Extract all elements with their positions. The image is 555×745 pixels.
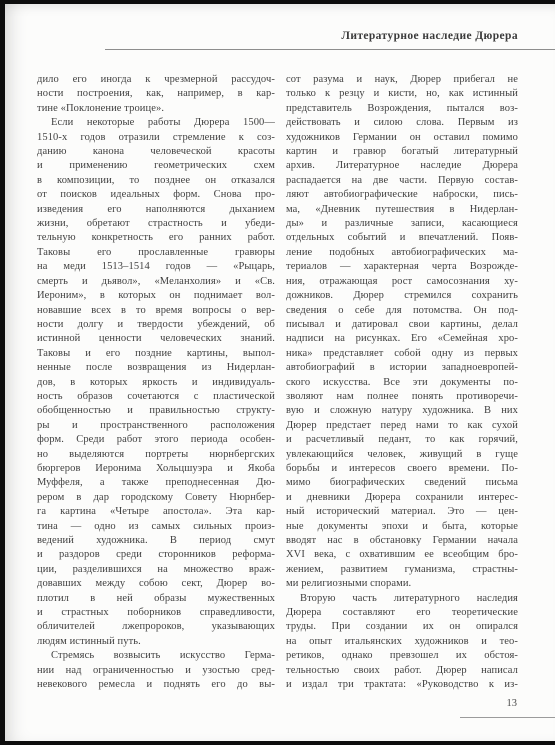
text-line: увлекающийся человек, живущий в гуще bbox=[286, 448, 518, 462]
book-page: Литературное наследие Дюрера дило его ин… bbox=[0, 0, 555, 745]
text-line: ляют автобиографические наброски, пись- bbox=[286, 188, 518, 202]
page-number: 13 bbox=[507, 698, 518, 709]
text-line: представитель Возрождения, пытался воз- bbox=[286, 102, 518, 116]
text-line: нии над ограниченностью и узостью сред- bbox=[37, 664, 275, 678]
text-line: Дюрера составляют его теоретические bbox=[286, 606, 518, 620]
text-line: ности построения, как, например, в кар- bbox=[37, 87, 275, 101]
text-line: жением, развитием гуманизма, страстны- bbox=[286, 563, 518, 577]
text-line: автобиографий в истории западноевропей- bbox=[286, 361, 518, 375]
text-line: ретиков, однако превзошел их обстоя- bbox=[286, 649, 518, 663]
text-line: Дюрер предстает перед нами то как сухой bbox=[286, 419, 518, 433]
text-line: архив. Литературное наследие Дюрера bbox=[286, 159, 518, 173]
text-line: дило его иногда к чрезмерной рассудоч- bbox=[37, 73, 275, 87]
text-line: на меди 1513–1514 годов — «Рыцарь, bbox=[37, 260, 275, 274]
text-line: писывал и датировал свои картины, делал bbox=[286, 318, 518, 332]
text-line: ные документы эпохи и быта, которые bbox=[286, 520, 518, 534]
text-line: Таковы и его поздние картины, выпол- bbox=[37, 347, 275, 361]
text-line: Вторую часть литературного наследия bbox=[286, 592, 518, 606]
text-line: жизни, обретают страстность и убеди- bbox=[37, 217, 275, 231]
text-line: ника» представляет собой одну из первых bbox=[286, 347, 518, 361]
text-line: зволяют нам полнее понять противоречи- bbox=[286, 390, 518, 404]
text-line: Стремясь возвысить искусство Герма- bbox=[37, 649, 275, 663]
text-line: ность образов сочетаются с пластической bbox=[37, 390, 275, 404]
text-line: и расчетливый педант, то как горячий, bbox=[286, 433, 518, 447]
text-line: Если некоторые работы Дюрера 1500— bbox=[37, 116, 275, 130]
text-line: Иероним», в которых он поднимает вол- bbox=[37, 289, 275, 303]
text-line: надписи на рисунках. Его «Семейная хро- bbox=[286, 332, 518, 346]
text-line: новавшие всех в то время вопросы о вер- bbox=[37, 304, 275, 318]
text-line: ния, отражающая рост самосознания ху- bbox=[286, 275, 518, 289]
text-line: труды. При создании их он опирался bbox=[286, 620, 518, 634]
text-line: отдельных событий и впечатлений. Появ- bbox=[286, 231, 518, 245]
text-line: тельную конкретность его ранних работ. bbox=[37, 231, 275, 245]
text-line: только к резцу и кисти, но, как истинный bbox=[286, 87, 518, 101]
text-line: форм. Среди работ этого периода особен- bbox=[37, 433, 275, 447]
text-line: вую и сложную натуру художника. В них bbox=[286, 404, 518, 418]
text-line: га картина «Четыре апостола». Эта кар- bbox=[37, 505, 275, 519]
text-line: обличителей лжепророков, указывающих bbox=[37, 620, 275, 634]
text-line: тине «Поклонение троице». bbox=[37, 102, 275, 116]
text-line: Муффеля, а также преподнесенная Дю- bbox=[37, 476, 275, 490]
text-line: мимо биографических сведений письма bbox=[286, 476, 518, 490]
text-line: довавших между собою сект, Дюрер во- bbox=[37, 577, 275, 591]
text-line: вводят нас в обстановку Германии начала bbox=[286, 534, 518, 548]
text-line: ции, разделившихся на множество враж- bbox=[37, 563, 275, 577]
text-line: бюргеров Иеронима Хольцшуэра и Якоба bbox=[37, 462, 275, 476]
text-line: невекового ремесла и поднять его до вы- bbox=[37, 678, 275, 692]
text-line: ненные после возвращения из Нидерлан- bbox=[37, 361, 275, 375]
text-line: смерть и дьявол», «Меланхолия» и «Св. bbox=[37, 275, 275, 289]
text-line: борьбы и интересов своего времени. По- bbox=[286, 462, 518, 476]
text-line: людям истинный путь. bbox=[37, 635, 275, 649]
text-line: 1510-х годов отразили стремление к соз- bbox=[37, 131, 275, 145]
text-line: ды» и различные записи, касающиеся bbox=[286, 217, 518, 231]
text-line: но выделяются портреты нюрнбергских bbox=[37, 448, 275, 462]
text-line: ми религиозными спорами. bbox=[286, 577, 518, 591]
text-line: художников Германии он оставил помимо bbox=[286, 131, 518, 145]
text-line: распадается на две части. Первую состав- bbox=[286, 174, 518, 188]
text-line: ведений художника. В период смут bbox=[37, 534, 275, 548]
text-line: истинной ценности человеческих знаний. bbox=[37, 332, 275, 346]
text-line: ского искусства. Все эти документы по- bbox=[286, 376, 518, 390]
text-line: ление подобных автобиографических ма- bbox=[286, 246, 518, 260]
text-line: картин и гравюр богатый литературный bbox=[286, 145, 518, 159]
footer-rule bbox=[460, 717, 555, 718]
text-line: XVI века, с охватившим ее всеобщим бро- bbox=[286, 548, 518, 562]
header-rule bbox=[105, 49, 555, 50]
text-line: от поисков идеальных форм. Снова про- bbox=[37, 188, 275, 202]
text-line: плотил в ней образы мужественных bbox=[37, 592, 275, 606]
text-line: сведения о себе для потомства. Он под- bbox=[286, 304, 518, 318]
text-line: ры и пространственного расположения bbox=[37, 419, 275, 433]
text-line: териалов — характерная черта Возрожде- bbox=[286, 260, 518, 274]
text-line: данию канона человеческой красоты bbox=[37, 145, 275, 159]
text-line: на опыт итальянских художников и тео- bbox=[286, 635, 518, 649]
text-line: Таковы его прославленные гравюры bbox=[37, 246, 275, 260]
text-line: ма, «Дневник путешествия в Нидерлан- bbox=[286, 203, 518, 217]
text-line: обобщенностью и правильностью структу- bbox=[37, 404, 275, 418]
text-line: рером в дар городскому Совету Нюрнбер- bbox=[37, 491, 275, 505]
text-line: тельностью своих работ. Дюрер написал bbox=[286, 664, 518, 678]
text-column-left: дило его иногда к чрезмерной рассудоч-но… bbox=[37, 73, 275, 692]
text-line: изведения его наполняются дыханием bbox=[37, 203, 275, 217]
text-line: дов, в которых яркость и индивидуаль- bbox=[37, 376, 275, 390]
text-line: и раздоров среди сторонников реформа- bbox=[37, 548, 275, 562]
running-header-title: Литературное наследие Дюрера bbox=[341, 30, 518, 42]
text-line: и применению геометрических схем bbox=[37, 159, 275, 173]
text-column-right: сот разума и наук, Дюрер прибегал нетоль… bbox=[286, 73, 518, 692]
text-line: ности долгу и твердости убеждений, об bbox=[37, 318, 275, 332]
text-line: сот разума и наук, Дюрер прибегал не bbox=[286, 73, 518, 87]
text-line: и дневники Дюрера сохранили интерес- bbox=[286, 491, 518, 505]
text-line: и страстных поборников справедливости, bbox=[37, 606, 275, 620]
text-line: ный исторический материал. Это — цен- bbox=[286, 505, 518, 519]
text-line: и издал три трактата: «Руководство к из- bbox=[286, 678, 518, 692]
text-line: в композиции, то позднее он отказался bbox=[37, 174, 275, 188]
text-line: тина — одно из самых сильных произ- bbox=[37, 520, 275, 534]
text-line: действовать и силою слова. Первым из bbox=[286, 116, 518, 130]
text-line: дожников. Дюрер стремился сохранить bbox=[286, 289, 518, 303]
